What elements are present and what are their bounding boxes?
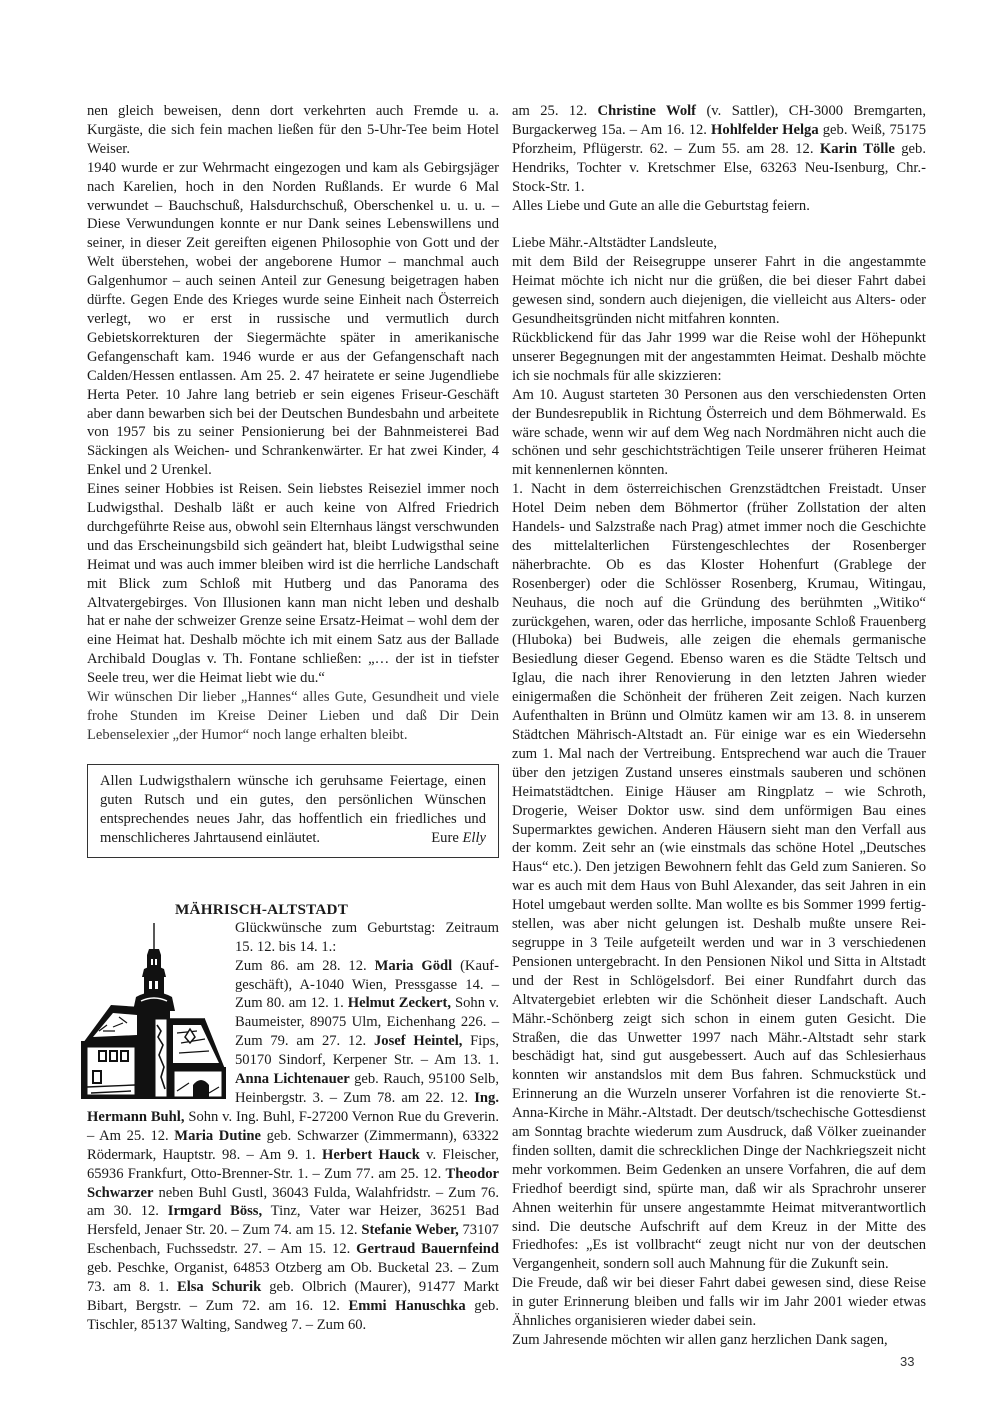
person-name: Karin Tölle	[820, 141, 895, 157]
letter-salutation: Liebe Mähr.-Altstädter Landsleute,	[512, 234, 926, 253]
person-name: Elsa Schurik	[177, 1279, 261, 1295]
birthday-entry: – Zum 60.	[306, 1317, 366, 1333]
birthday-list-continued: am 25. 12. Christine Wolf (v. Sattler), …	[512, 102, 926, 197]
bio-paragraph: Eines seiner Hobbies ist Reisen. Sein li…	[87, 480, 499, 688]
letter-paragraph: Am 10. August starteten 30 Personen aus …	[512, 386, 926, 481]
section-title: MÄHRISCH-ALTSTADT	[87, 900, 499, 919]
letter-paragraph: mit dem Bild der Reisegruppe unserer Fah…	[512, 253, 926, 329]
page-number: 33	[900, 1354, 914, 1369]
birthday-intro: Glückwünsche zum Geburtstag: Zeit­raum 1…	[235, 920, 499, 955]
signature-prefix: Eure	[431, 830, 459, 846]
person-name: Christine Wolf	[598, 103, 697, 119]
person-name: Jo­sef Heintel,	[374, 1033, 462, 1049]
closing-wish: Alles Liebe und Gute an alle die Geburts…	[512, 197, 926, 216]
letter-paragraph: Zum Jahresende möchten wir allen ganz he…	[512, 1331, 926, 1350]
signature-name: Elly	[462, 830, 486, 846]
person-name: Herbert Hauck	[322, 1147, 420, 1163]
person-name: Anna Lichten­auer	[235, 1071, 350, 1087]
person-name: Stefanie Weber,	[361, 1222, 458, 1238]
greeting-box: Allen Ludwigsthalern wünsche ich geruhsa…	[87, 764, 499, 858]
birthday-entry: Zum 86. am 28. 12. Maria Gödl (Kauf­gesc…	[235, 958, 499, 993]
right-column: am 25. 12. Christine Wolf (v. Sattler), …	[512, 102, 926, 1350]
person-name: Hohlfelder Helga	[711, 122, 819, 138]
letter-paragraph: Die Freude, daß wir bei dieser Fahrt dab…	[512, 1274, 926, 1331]
letter-paragraph: 1. Nacht in dem österreichischen Grenzst…	[512, 480, 926, 1274]
bio-paragraph: 1940 wurde er zur Wehrmacht eingezogen u…	[87, 159, 499, 480]
bio-closing-wish: Wir wünschen Dir lieber „Hannes“ alles G…	[87, 688, 499, 745]
church-tower-illustration	[81, 923, 227, 1101]
birthday-list: Glückwünsche zum Geburtstag: Zeit­raum 1…	[87, 919, 499, 1335]
letter-paragraph: Rückblickend für das Jahr 1999 war die R…	[512, 329, 926, 386]
bio-paragraph: nen gleich beweisen, denn dort verkehrte…	[87, 102, 499, 159]
person-name: Emmi Ha­nuschka	[349, 1298, 466, 1314]
person-name: Gertraud Bauern­feind	[356, 1241, 499, 1257]
person-name: Maria Gödl	[375, 958, 453, 974]
person-name: Helmut Zeckert,	[348, 995, 451, 1011]
left-column: nen gleich beweisen, denn dort verkehrte…	[87, 102, 499, 1335]
person-name: Maria Dutine	[174, 1128, 261, 1144]
greeting-text: Allen Ludwigsthalern wünsche ich geruhsa…	[100, 773, 486, 846]
signature-line: Eure Elly	[431, 829, 486, 848]
person-name: Irmgard Böss,	[168, 1203, 262, 1219]
